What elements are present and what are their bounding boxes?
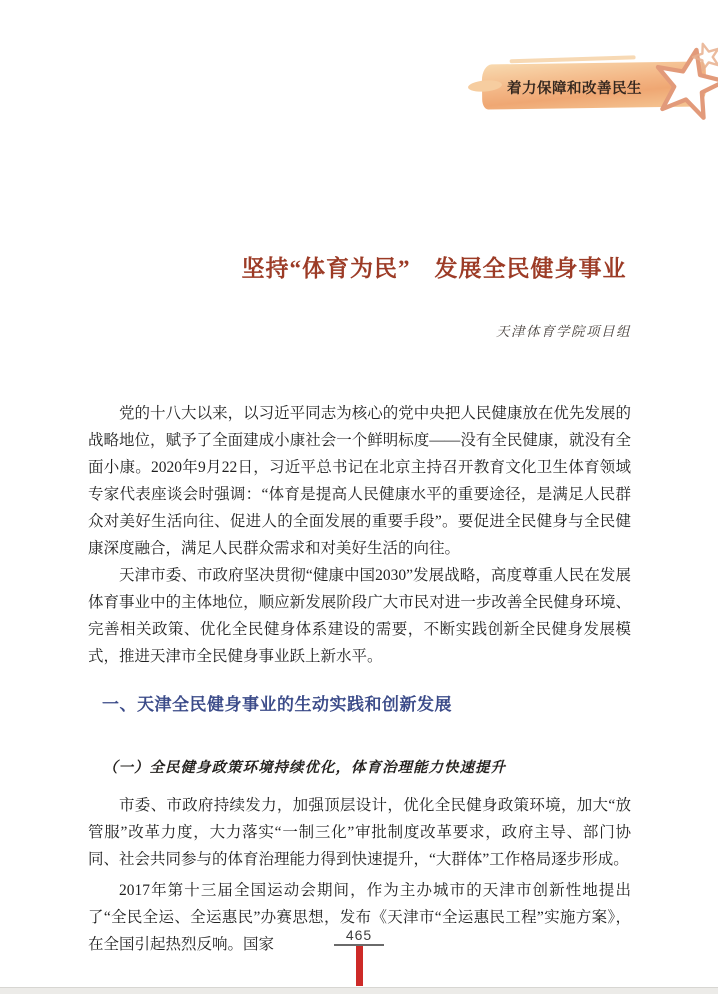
page-footer: 465	[309, 927, 409, 986]
footer-red-bar	[356, 946, 363, 986]
intro-paragraph: 天津市委、市政府坚决贯彻“健康中国2030”发展战略，高度尊重人民在发展体育事业…	[88, 562, 631, 670]
section-paragraph: 市委、市政府持续发力，加强顶层设计，优化全民健身政策环境，加大“放管服”改革力度…	[88, 792, 631, 873]
page-number: 465	[309, 927, 409, 943]
page-bottom-edge	[0, 987, 718, 994]
intro-paragraph: 党的十八大以来，以习近平同志为核心的党中央把人民健康放在优先发展的战略地位，赋予…	[88, 400, 631, 562]
small-star-icon	[692, 42, 718, 72]
article-byline: 天津体育学院项目组	[88, 320, 631, 340]
section-heading: 一、天津全民健身事业的生动实践和创新发展	[102, 694, 631, 716]
chapter-badge-label: 着力保障和改善民生	[507, 77, 667, 98]
article-body: 党的十八大以来，以习近平同志为核心的党中央把人民健康放在优先发展的战略地位，赋予…	[88, 400, 631, 958]
article-title: 坚持“体育为民” 发展全民健身事业	[236, 250, 632, 283]
subsection-heading: （一）全民健身政策环境持续优化，体育治理能力快速提升	[103, 758, 631, 778]
